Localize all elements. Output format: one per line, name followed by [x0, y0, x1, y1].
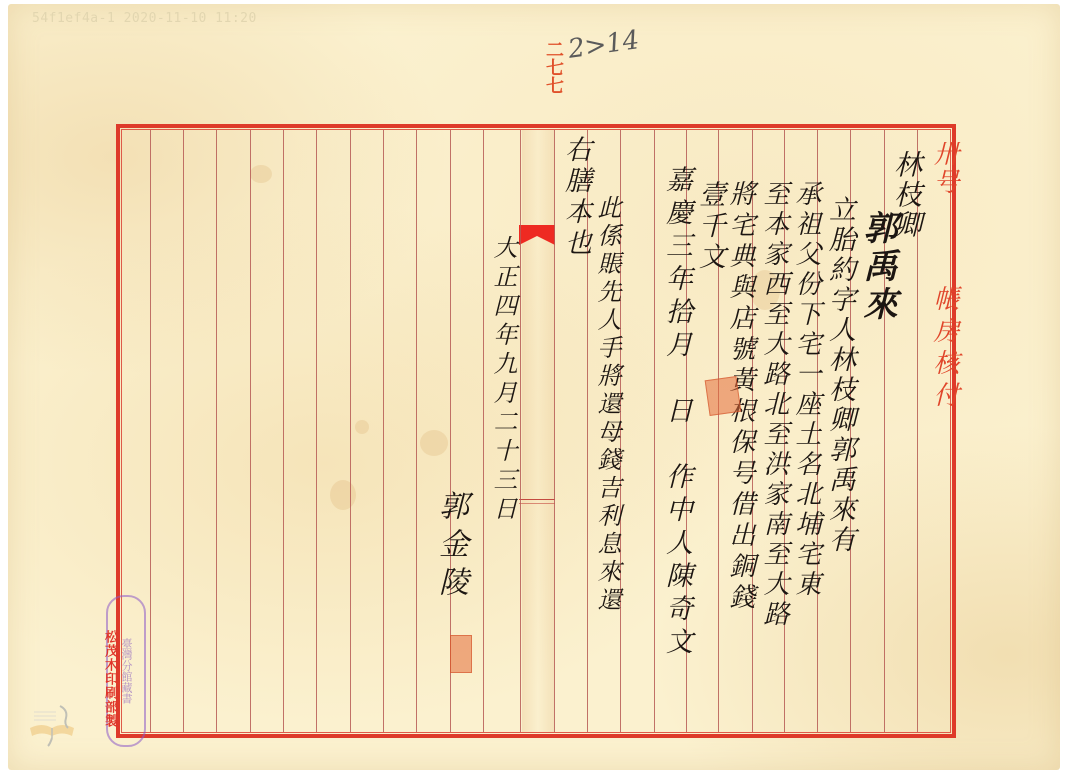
center-fold — [522, 130, 554, 732]
page-number-red: 二七七 — [543, 40, 565, 94]
rule-line — [483, 130, 484, 732]
rule-line — [250, 130, 251, 732]
rule-line — [316, 130, 317, 732]
text-column-name: 郭禹來 — [853, 210, 902, 324]
printer-mark: 松茂木印刷部製 — [100, 630, 119, 728]
seal-middle — [705, 376, 742, 416]
text-column-remark: 此係賬先人手將還母錢吉利息來還 — [590, 195, 625, 615]
text-column: 承祖父份下宅一座土名北埔宅東 — [788, 180, 825, 600]
scan-id-label: 54f1ef4a-1 2020-11-10 11:20 — [32, 11, 257, 26]
fold-mark — [519, 503, 555, 504]
rule-line — [654, 130, 655, 732]
rule-line — [350, 130, 351, 732]
rule-line — [283, 130, 284, 732]
seal-signature — [450, 635, 472, 673]
text-column-date-witness: 嘉慶三年拾月 日 作中人陳奇文 — [657, 165, 696, 660]
rule-line — [554, 130, 555, 732]
red-annotation-cashier: 帳房核付 — [926, 285, 963, 413]
rule-line — [150, 130, 151, 732]
text-column-taisho-date: 大正四年九月二十三日 — [486, 235, 521, 525]
rule-line — [416, 130, 417, 732]
signature-name: 郭金陵 — [428, 490, 472, 604]
rule-line — [383, 130, 384, 732]
text-column: 立胎約字人林枝卿郭禹來有 — [820, 195, 859, 555]
rule-line — [183, 130, 184, 732]
text-column: 至本家西至大路北至洪家南至大路 — [756, 180, 793, 630]
rule-line — [216, 130, 217, 732]
library-book-logo-icon — [22, 698, 82, 748]
fold-mark — [519, 499, 555, 500]
red-annotation-number: 卅号 — [926, 140, 963, 196]
